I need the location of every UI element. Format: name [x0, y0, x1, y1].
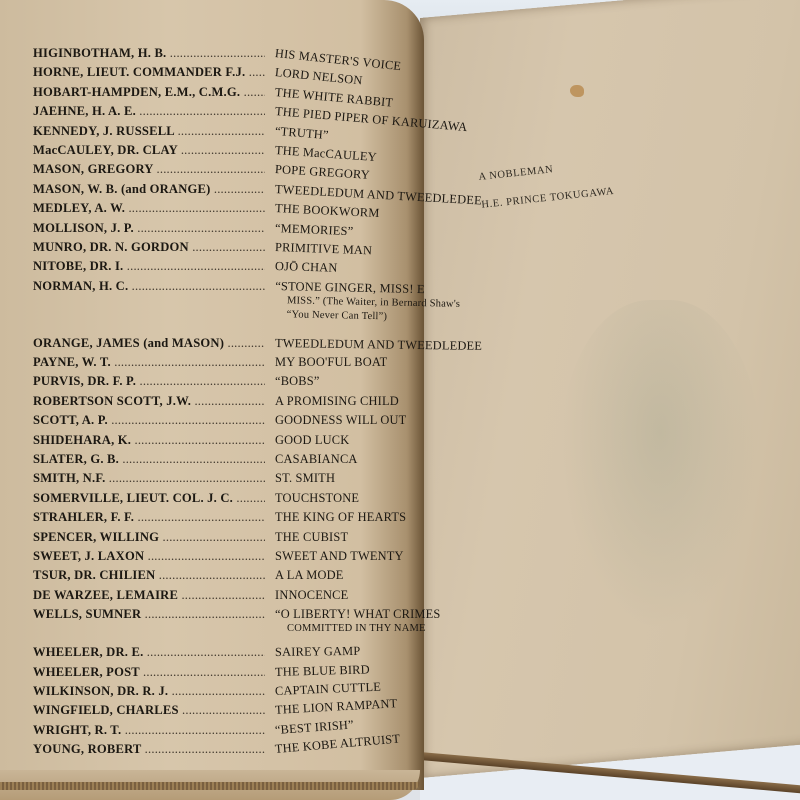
list-item: SLATER, G. B. ..........................…: [33, 452, 443, 471]
person-name: WELLS, SUMNER ..........................…: [33, 607, 265, 622]
character-role: “STONE GINGER, MISS! EMISS.” (The Waiter…: [275, 279, 461, 326]
leader-dots: ........................................…: [157, 162, 266, 176]
person-name: NITOBE, DR. I. .........................…: [33, 259, 265, 274]
page-stain: [570, 85, 584, 97]
list-item: MacCAULEY, DR. CLAY ....................…: [33, 143, 443, 162]
leader-dots: ........................................…: [170, 46, 265, 60]
list-item: ROBERTSON SCOTT, J.W. ..................…: [33, 394, 443, 413]
character-role: CAPTAIN CUTTLE: [275, 680, 382, 699]
list-item: STRAHLER, F. F. ........................…: [33, 510, 443, 529]
person-name: WHEELER, POST ..........................…: [33, 665, 265, 680]
list-item: PURVIS, DR. F. P. ......................…: [33, 374, 443, 393]
leader-dots: ........................................…: [178, 124, 265, 138]
character-role: “O LIBERTY! WHAT CRIMESCOMMITTED IN THY …: [275, 607, 441, 636]
list-item: MOLLISON, J. P. ........................…: [33, 221, 443, 240]
character-role: THE BOOKWORM: [275, 201, 380, 221]
person-name: PURVIS, DR. F. P. ......................…: [33, 374, 265, 389]
leader-dots: ........................................…: [114, 355, 265, 369]
person-name: SMITH, N.F. ............................…: [33, 471, 265, 486]
character-role: “TRUTH”: [274, 124, 329, 143]
leader-dots: ........................................…: [227, 336, 265, 350]
character-role: “BOBS”: [275, 374, 320, 389]
person-name: SPENCER, WILLING .......................…: [33, 530, 265, 545]
character-role: INNOCENCE: [275, 588, 348, 603]
list-item: WHEELER, DR. E. ........................…: [33, 645, 443, 664]
list-item: ORANGE, JAMES (and MASON) ..............…: [33, 336, 443, 355]
character-role: PRIMITIVE MAN: [275, 240, 373, 258]
character-role: MY BOO'FUL BOAT: [275, 355, 387, 370]
person-name: TSUR, DR. CHILIEN ......................…: [33, 568, 265, 583]
leader-dots: ........................................…: [125, 723, 265, 737]
list-item: HOBART-HAMPDEN, E.M., C.M.G. ...........…: [33, 85, 443, 104]
person-name: YOUNG, ROBERT ..........................…: [33, 742, 265, 757]
character-role: CASABIANCA: [275, 452, 358, 467]
character-role: THE BLUE BIRD: [275, 662, 370, 680]
character-role: GOODNESS WILL OUT: [275, 413, 406, 428]
person-name: NORMAN, H. C. ..........................…: [33, 279, 265, 294]
leader-dots: ........................................…: [181, 143, 265, 157]
book-photo: A NOBLEMAN H.E. PRINCE TOKUGAWA HIGINBOT…: [0, 0, 800, 800]
list-item: KENNEDY, J. RUSSELL ....................…: [33, 124, 443, 143]
page-gilt-edge: [0, 782, 420, 790]
leader-dots: ........................................…: [134, 433, 265, 447]
list-item: PAYNE, W. T. ...........................…: [33, 355, 443, 374]
list-item: WELLS, SUMNER ..........................…: [33, 607, 443, 645]
leader-dots: ........................................…: [182, 703, 265, 717]
person-name: SLATER, G. B. ..........................…: [33, 452, 265, 467]
list-item: JAEHNE, H. A. E. .......................…: [33, 104, 443, 123]
leader-dots: ........................................…: [137, 221, 265, 235]
list-item: SHIDEHARA, K. ..........................…: [33, 433, 443, 452]
leader-dots: ........................................…: [244, 85, 265, 99]
person-name: MASON, GREGORY .........................…: [33, 162, 265, 177]
person-name: MASON, W. B. (and ORANGE) ..............…: [33, 182, 265, 197]
person-name: HOBART-HAMPDEN, E.M., C.M.G. ...........…: [33, 85, 265, 100]
leader-dots: ........................................…: [194, 394, 265, 408]
person-name: ROBERTSON SCOTT, J.W. ..................…: [33, 394, 265, 409]
leader-dots: ........................................…: [127, 259, 265, 273]
list-item: MEDLEY, A. W. ..........................…: [33, 201, 443, 220]
list-item: SPENCER, WILLING .......................…: [33, 530, 443, 549]
person-name: MEDLEY, A. W. ..........................…: [33, 201, 265, 216]
character-role: POPE GREGORY: [275, 162, 371, 183]
leader-dots: ........................................…: [181, 588, 265, 602]
leader-dots: ........................................…: [163, 530, 266, 544]
person-name: ORANGE, JAMES (and MASON) ..............…: [33, 336, 265, 351]
list-item: TSUR, DR. CHILIEN ......................…: [33, 568, 443, 587]
person-name: STRAHLER, F. F. ........................…: [33, 510, 265, 525]
leader-dots: ........................................…: [147, 645, 265, 659]
person-name: SWEET, J. LAXON ........................…: [33, 549, 265, 564]
list-item: SCOTT, A. P. ...........................…: [33, 413, 443, 432]
person-name: MOLLISON, J. P. ........................…: [33, 221, 265, 236]
faded-illustration: [560, 300, 760, 630]
character-role: OJŌ CHAN: [275, 259, 338, 276]
list-item: HORNE, LIEUT. COMMANDER F.J. ...........…: [33, 65, 443, 84]
list-item: DE WARZEE, LEMAIRE .....................…: [33, 588, 443, 607]
leader-dots: ........................................…: [109, 471, 265, 485]
list-item: SMITH, N.F. ............................…: [33, 471, 443, 490]
leader-dots: ........................................…: [249, 65, 265, 79]
list-item: HIGINBOTHAM, H. B. .....................…: [33, 46, 443, 65]
person-name: SOMERVILLE, LIEUT. COL. J. C. ..........…: [33, 491, 265, 506]
list-item: NORMAN, H. C. ..........................…: [33, 279, 443, 336]
leader-dots: ........................................…: [145, 607, 265, 621]
person-name: WILKINSON, DR. R. J. ...................…: [33, 684, 265, 699]
person-name: KENNEDY, J. RUSSELL ....................…: [33, 124, 265, 139]
leader-dots: ........................................…: [132, 279, 265, 293]
character-role: ST. SMITH: [275, 471, 335, 486]
person-name: SCOTT, A. P. ...........................…: [33, 413, 265, 428]
character-role: THE KING OF HEARTS: [275, 510, 406, 525]
list-item: MASON, W. B. (and ORANGE) ..............…: [33, 182, 443, 201]
list-item: SWEET, J. LAXON ........................…: [33, 549, 443, 568]
leader-dots: ........................................…: [236, 491, 265, 505]
leader-dots: ........................................…: [140, 374, 266, 388]
person-name: HIGINBOTHAM, H. B. .....................…: [33, 46, 265, 61]
list-item: SOMERVILLE, LIEUT. COL. J. C. ..........…: [33, 491, 443, 510]
person-name: WRIGHT, R. T. ..........................…: [33, 723, 265, 738]
person-name: WINGFIELD, CHARLES .....................…: [33, 703, 265, 718]
cast-list: HIGINBOTHAM, H. B. .....................…: [33, 46, 443, 762]
leader-dots: ........................................…: [139, 104, 265, 118]
list-item: MUNRO, DR. N. GORDON ...................…: [33, 240, 443, 259]
leader-dots: ........................................…: [214, 182, 265, 196]
person-name: JAEHNE, H. A. E. .......................…: [33, 104, 265, 119]
character-role: THE CUBIST: [275, 530, 348, 545]
caption-line: H.E. PRINCE TOKUGAWA: [481, 186, 615, 211]
leader-dots: ........................................…: [143, 665, 265, 679]
list-item: MASON, GREGORY .........................…: [33, 162, 443, 181]
leader-dots: ........................................…: [148, 549, 265, 563]
character-role: A PROMISING CHILD: [275, 394, 399, 409]
leader-dots: ........................................…: [159, 568, 265, 582]
list-item: NITOBE, DR. I. .........................…: [33, 259, 443, 278]
person-name: HORNE, LIEUT. COMMANDER F.J. ...........…: [33, 65, 265, 80]
character-role: SWEET AND TWENTY: [275, 549, 404, 564]
character-role: “MEMORIES”: [275, 221, 354, 239]
leader-dots: ........................................…: [172, 684, 265, 698]
person-name: PAYNE, W. T. ...........................…: [33, 355, 265, 370]
character-role: A LA MODE: [275, 568, 344, 583]
person-name: SHIDEHARA, K. ..........................…: [33, 433, 265, 448]
leader-dots: ........................................…: [145, 742, 265, 756]
leader-dots: ........................................…: [122, 452, 265, 466]
list-item: WINGFIELD, CHARLES .....................…: [33, 703, 443, 722]
person-name: WHEELER, DR. E. ........................…: [33, 645, 265, 660]
person-name: MUNRO, DR. N. GORDON ...................…: [33, 240, 265, 255]
character-role: GOOD LUCK: [275, 433, 349, 448]
person-name: MacCAULEY, DR. CLAY ....................…: [33, 143, 265, 158]
leader-dots: ........................................…: [137, 510, 265, 524]
leader-dots: ........................................…: [192, 240, 265, 254]
list-item: YOUNG, ROBERT ..........................…: [33, 742, 443, 761]
character-role: TWEEDLEDUM AND TWEEDLEDEE: [275, 336, 482, 354]
person-name: DE WARZEE, LEMAIRE .....................…: [33, 588, 265, 603]
list-item: WHEELER, POST ..........................…: [33, 665, 443, 684]
character-role: SAIREY GAMP: [275, 644, 361, 660]
character-role: TOUCHSTONE: [275, 491, 359, 506]
leader-dots: ........................................…: [128, 201, 265, 215]
leader-dots: ........................................…: [111, 413, 265, 427]
role-continuation: COMMITTED IN THY NAME: [275, 622, 441, 636]
